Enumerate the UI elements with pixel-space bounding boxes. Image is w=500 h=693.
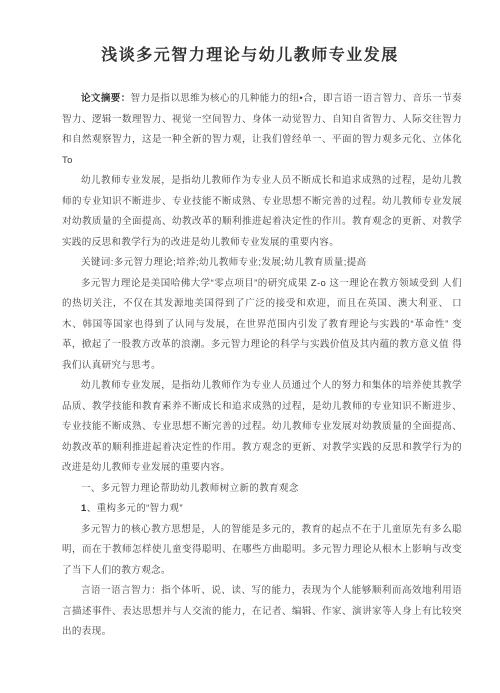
section-heading-text: 一、多元智力理论帮助幼儿教师树立新的教育观念 [81, 483, 299, 494]
subsection-heading: 1、重构多元的“智力观” [62, 499, 462, 520]
paragraph-text: 多元智力的核心教方思想是，人的智能是多元的，教育的起点不在于儿童原先有多么聪 明… [62, 524, 462, 576]
section-heading: 一、多元智力理论帮助幼儿教师树立新的教育观念 [62, 479, 462, 500]
paragraph-text: 多元智力理论是美国哈佛大学“零点项目”的研究成果 Z-o 这一理论在教方领域受到… [62, 278, 462, 371]
abstract-label: 论文摘要： [81, 93, 131, 104]
paragraph: 幼儿教师专业发展，是指幼儿教师作为专业人员不断成长和追求成熟的过程，是幼儿教 师… [62, 171, 462, 253]
abstract-paragraph: 论文摘要：智力是指以思维为核心的几种能力的纽•合，即言语一语言智力、音乐一节奏 … [62, 89, 462, 171]
keywords-line: 关键词:多元智力理论;培养;幼儿教师专业;发展;幼儿教育质量;提高 [62, 253, 462, 274]
paragraph-text: 言语一语言智力：指个体听、说、读、写的能力，表现为个人能够顺利而高效地利用语 言… [62, 585, 462, 637]
document-title: 浅谈多元智力理论与幼儿教师专业发展 [0, 0, 500, 65]
paragraph: 言语一语言智力：指个体听、说、读、写的能力，表现为个人能够顺利而高效地利用语 言… [62, 581, 462, 643]
paragraph: 多元智力的核心教方思想是，人的智能是多元的，教育的起点不在于儿童原先有多么聪 明… [62, 520, 462, 582]
subsection-heading-text: 、重构多元的“智力观” [87, 503, 183, 514]
paragraph: 幼儿教师专业发展，是指幼儿教师作为专业人员通过个人的努力和集体的培养使其教学 品… [62, 376, 462, 479]
paragraph-text: 幼儿教师专业发展，是指幼儿教师作为专业人员不断成长和追求成熟的过程，是幼儿教 师… [62, 175, 462, 248]
paragraph: 多元智力理论是美国哈佛大学“零点项目”的研究成果 Z-o 这一理论在教方领域受到… [62, 274, 462, 377]
document-page: 浅谈多元智力理论与幼儿教师专业发展 论文摘要：智力是指以思维为核心的几种能力的纽… [0, 0, 500, 693]
document-body: 论文摘要：智力是指以思维为核心的几种能力的纽•合，即言语一语言智力、音乐一节奏 … [0, 65, 500, 643]
paragraph-text: 幼儿教师专业发展，是指幼儿教师作为专业人员通过个人的努力和集体的培养使其教学 品… [62, 380, 462, 473]
keywords-text: 关键词:多元智力理论;培养;幼儿教师专业;发展;幼儿教育质量;提高 [81, 257, 367, 268]
